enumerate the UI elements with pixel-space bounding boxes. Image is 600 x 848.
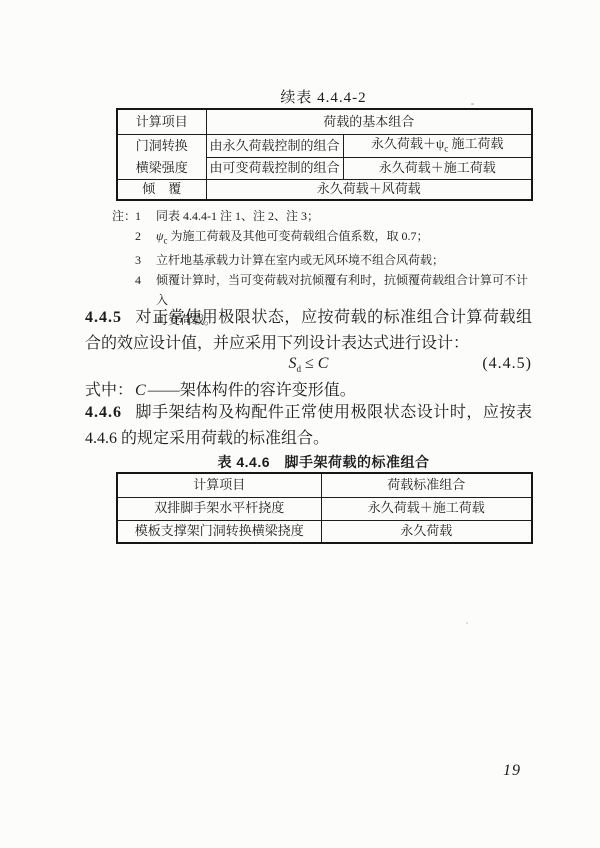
document-page: 续表 4.4.4-2 计算项目 荷载的基本组合 门洞转换 横梁强度 由永久荷载控…	[0, 0, 600, 848]
clause-number: 4.4.6	[85, 404, 122, 421]
where-dash: ——	[148, 382, 180, 399]
formula-relation: ≤	[305, 355, 314, 372]
table2-row-deflection-transfer-beam: 模板支撑架门洞转换横梁挠度 永久荷载	[117, 520, 532, 543]
note-item-3: 3 立杆地基承载力计算在室内或无风环境不组合风荷载；	[112, 250, 536, 270]
combo-type-cell: 由永久荷载控制的组合	[206, 134, 343, 158]
group-label-line1: 门洞转换	[121, 135, 203, 157]
clause-text: 对正常使用极限状态，应按荷载的标准组合计算荷载组	[135, 309, 532, 326]
note-text: 同表 4.4.4-1 注 1、注 2、注 3；	[156, 206, 536, 226]
combo-value-cell: 永久荷载＋施工荷载	[321, 497, 532, 520]
table2-caption: 表 4.4.6 脚手架荷载的标准组合	[116, 452, 531, 472]
formula-expression: Sd ≤ C	[85, 355, 532, 374]
equation-number: (4.4.5)	[482, 355, 532, 373]
notes-label: 注：	[112, 206, 135, 226]
overturning-value-cell: 永久荷载＋风荷载	[206, 179, 532, 200]
table1-header-calc-item: 计算项目	[117, 109, 206, 134]
combo-type-cell: 由可变荷载控制的组合	[206, 158, 343, 179]
note-item-1: 注： 1 同表 4.4.4-1 注 1、注 2、注 3；	[112, 206, 536, 226]
scan-artifact	[466, 622, 468, 624]
table2-header-calc-item: 计算项目	[117, 473, 321, 497]
table2-row-deflection-horizontal-bar: 双排脚手架水平杆挠度 永久荷载＋施工荷载	[117, 497, 532, 520]
table-basic-load-combinations: 计算项目 荷载的基本组合 门洞转换 横梁强度 由永久荷载控制的组合 永久荷载＋ψ…	[116, 108, 533, 201]
formula-lhs-subscript: d	[297, 364, 302, 374]
clause-line: 4.4.6 的规定采用荷载的标准组合。	[85, 426, 532, 452]
page-number: 19	[503, 762, 521, 780]
clause-4-4-5: 4.4.5对正常使用极限状态，应按荷载的标准组合计算荷载组 合的效应设计值，并应…	[85, 305, 532, 357]
table1-group-label-cell: 门洞转换 横梁强度	[117, 134, 206, 179]
where-text: 架体构件的容许变形值。	[180, 382, 356, 399]
table-standard-load-combinations: 计算项目 荷载标准组合 双排脚手架水平杆挠度 永久荷载＋施工荷载 模板支撑架门洞…	[116, 472, 533, 544]
table1-caption: 续表 4.4.4-2	[116, 86, 531, 107]
scan-artifact	[471, 103, 474, 105]
formula-4-4-5-row: Sd ≤ C (4.4.5)	[85, 355, 532, 381]
table2-header-row: 计算项目 荷载标准组合	[117, 473, 532, 497]
note-text: 立杆地基承载力计算在室内或无风环境不组合风荷载；	[156, 250, 536, 270]
note-number: 1	[135, 206, 156, 226]
table1-row-overturning: 倾 覆 永久荷载＋风荷载	[117, 179, 532, 200]
notes-label-spacer	[112, 250, 135, 270]
clause-number: 4.4.5	[85, 309, 122, 326]
combo-value-cell: 永久荷载	[321, 520, 532, 543]
calc-item-cell: 模板支撑架门洞转换横梁挠度	[117, 520, 321, 543]
note-text-body: 为施工荷载及其他可变荷载组合值系数，取 0.7；	[167, 229, 428, 243]
table1-header-basic-combo: 荷载的基本组合	[206, 109, 532, 134]
calc-item-cell: 双排脚手架水平杆挠度	[117, 497, 321, 520]
where-prefix: 式中：	[85, 382, 133, 399]
table1-row-permanent-controlled: 门洞转换 横梁强度 由永久荷载控制的组合 永久荷载＋ψc 施工荷载	[117, 134, 532, 158]
combo-value-pre: 永久荷载＋ψ	[371, 136, 444, 151]
clause-line: 4.4.5对正常使用极限状态，应按荷载的标准组合计算荷载组	[85, 305, 532, 331]
table1-header-row: 计算项目 荷载的基本组合	[117, 109, 532, 134]
clause-4-4-6: 4.4.6脚手架结构及构配件正常使用极限状态设计时，应按表 4.4.6 的规定采…	[85, 400, 532, 452]
note-number: 2	[135, 226, 156, 250]
clause-line: 4.4.6脚手架结构及构配件正常使用极限状态设计时，应按表	[85, 400, 532, 426]
notes-label-spacer	[112, 226, 135, 250]
clause-text: 脚手架结构及构配件正常使用极限状态设计时，应按表	[135, 404, 532, 421]
formula-lhs: S	[289, 355, 297, 372]
combo-value-post: 施工荷载	[448, 136, 503, 151]
table2-header-std-combo: 荷载标准组合	[321, 473, 532, 497]
note-item-2: 2 ψc 为施工荷载及其他可变荷载组合值系数，取 0.7；	[112, 226, 536, 250]
formula-rhs: C	[318, 355, 329, 372]
where-symbol: C	[135, 382, 146, 399]
clause-line: 合的效应设计值，并应采用下列设计表达式进行设计：	[85, 331, 532, 357]
note-number: 3	[135, 250, 156, 270]
overturning-label-cell: 倾 覆	[117, 179, 206, 200]
combo-value-cell: 永久荷载＋施工荷载	[343, 158, 532, 179]
note-text: ψc 为施工荷载及其他可变荷载组合值系数，取 0.7；	[156, 226, 536, 250]
group-label-line2: 横梁强度	[121, 157, 203, 179]
combo-value-cell: 永久荷载＋ψc 施工荷载	[343, 134, 532, 158]
